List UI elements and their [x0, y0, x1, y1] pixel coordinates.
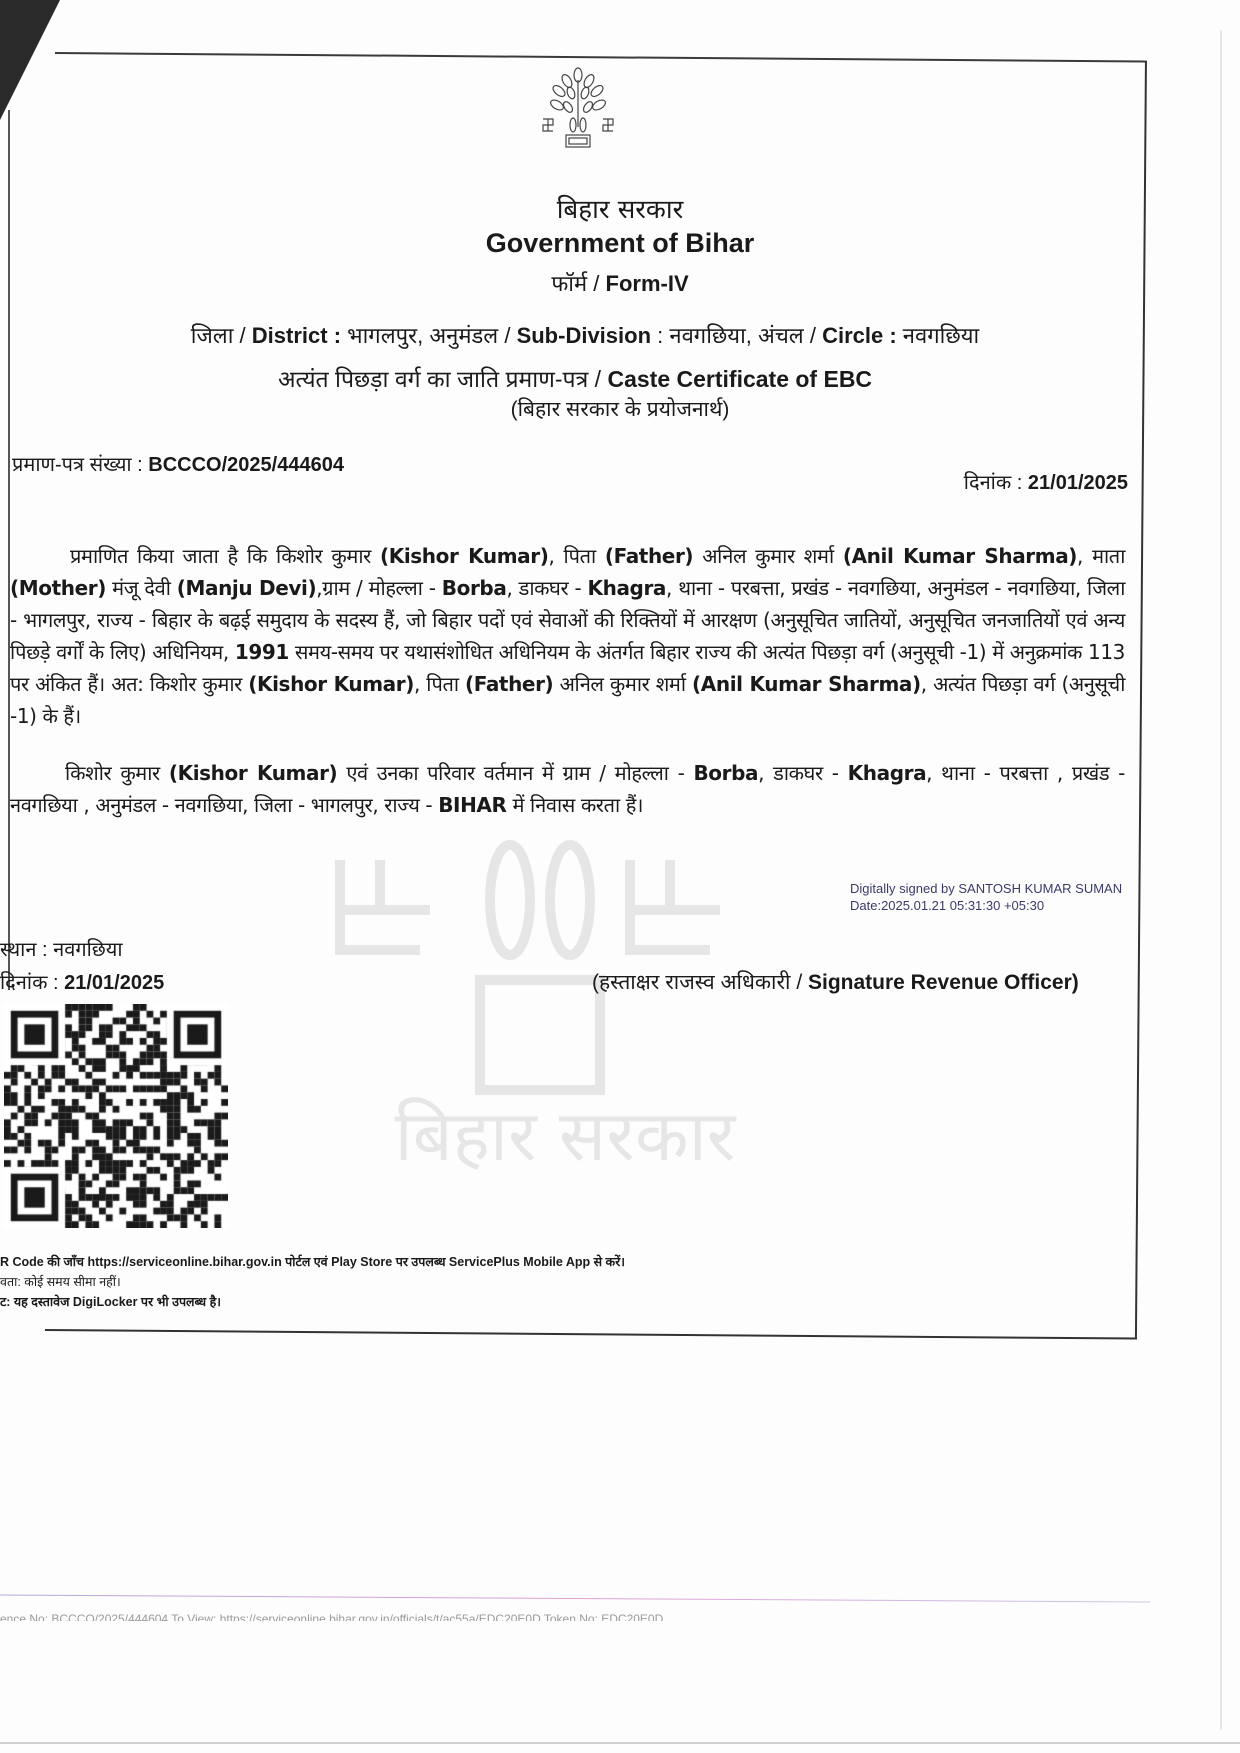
certificate-date-label: दिनांक :	[964, 472, 1023, 494]
subdivision-label-hi: अनुमंडल	[429, 323, 498, 348]
certificate-date: दिनांक : 21/01/2025	[964, 468, 1128, 495]
footer-divider	[0, 1594, 1150, 1602]
watermark-emblem-icon: बिहार सरकार	[330, 840, 800, 1170]
district-label-en: District	[252, 323, 328, 348]
note-validity: वता: कोई समय सीमा नहीं।	[0, 1272, 625, 1292]
issue-date-value: 21/01/2025	[64, 972, 164, 994]
residence-paragraph: किशोर कुमार (Kishor Kumar) एवं उनका परिव…	[10, 757, 1125, 821]
digital-signature-name: Digitally signed by SANTOSH KUMAR SUMAN	[850, 880, 1122, 897]
digital-signature-date: Date:2025.01.21 05:31:30 +05:30	[850, 897, 1122, 914]
svg-text:बिहार सरकार: बिहार सरकार	[395, 1095, 737, 1170]
certificate-number: प्रमाण-पत्र संख्या : BCCCO/2025/444604	[12, 450, 344, 477]
scan-shadow-corner	[0, 0, 60, 120]
officer-label-hi: (हस्ताक्षर राजस्व अधिकारी /	[592, 971, 802, 994]
page-bottom-edge	[0, 1742, 1240, 1744]
verification-notes: R Code की जाँच https://serviceonline.bih…	[0, 1252, 625, 1312]
circle-label-hi: अंचल	[758, 323, 804, 348]
issue-date: दिनांक : 21/01/2025	[0, 968, 164, 995]
digital-signature: Digitally signed by SANTOSH KUMAR SUMAN …	[850, 880, 1122, 914]
place-value: नवगछिया	[53, 939, 122, 961]
certificate-number-value: BCCCO/2025/444604	[148, 454, 344, 476]
note-digilocker: ट: यह दस्तावेज DigiLocker पर भी उपलब्ध ह…	[0, 1292, 625, 1312]
form-english: Form-IV	[606, 271, 689, 296]
place: स्थान : नवगछिया	[0, 935, 123, 962]
certificate-purpose: (बिहार सरकार के प्रयोजनार्थ)	[0, 395, 1240, 423]
form-number: फॉर्म / Form-IV	[0, 268, 1240, 298]
subdivision-label-en: Sub-Division	[517, 323, 651, 348]
certificate-number-label: प्रमाण-पत्र संख्या :	[12, 454, 143, 476]
bihar-emblem-icon	[533, 65, 623, 155]
certificate-title-english: Caste Certificate of EBC	[607, 366, 872, 392]
circle-label-en: Circle	[822, 323, 883, 348]
circle-value: नवगछिया	[903, 323, 979, 348]
issue-date-label: दिनांक :	[0, 972, 59, 994]
officer-label-en: Signature Revenue Officer)	[808, 971, 1079, 994]
certification-paragraph: प्रमाणित किया जाता है कि किशोर कुमार (Ki…	[10, 540, 1125, 732]
district-label-hi: जिला	[191, 323, 234, 348]
footer-reference: ence No: BCCCO/2025/444604 To View: http…	[0, 1612, 663, 1621]
place-label: स्थान :	[0, 939, 48, 961]
jurisdiction-line: जिला / District : भागलपुर, अनुमंडल / Sub…	[120, 320, 1050, 350]
title-hindi: बिहार सरकार	[0, 190, 1240, 226]
certificate-title-hindi: अत्यंत पिछड़ा वर्ग का जाति प्रमाण-पत्र	[278, 366, 588, 392]
qr-code-icon[interactable]	[4, 1004, 228, 1228]
district-value: भागलपुर,	[347, 323, 423, 348]
certificate-title: अत्यंत पिछड़ा वर्ग का जाति प्रमाण-पत्र /…	[230, 362, 920, 394]
form-hindi: फॉर्म	[551, 271, 587, 296]
note-qr-verify: R Code की जाँच https://serviceonline.bih…	[0, 1252, 625, 1272]
title-english: Government of Bihar	[0, 228, 1240, 259]
certificate-date-value: 21/01/2025	[1028, 472, 1128, 494]
signature-officer-label: (हस्ताक्षर राजस्व अधिकारी / Signature Re…	[592, 968, 1079, 996]
subdivision-value: नवगछिया,	[669, 323, 752, 348]
